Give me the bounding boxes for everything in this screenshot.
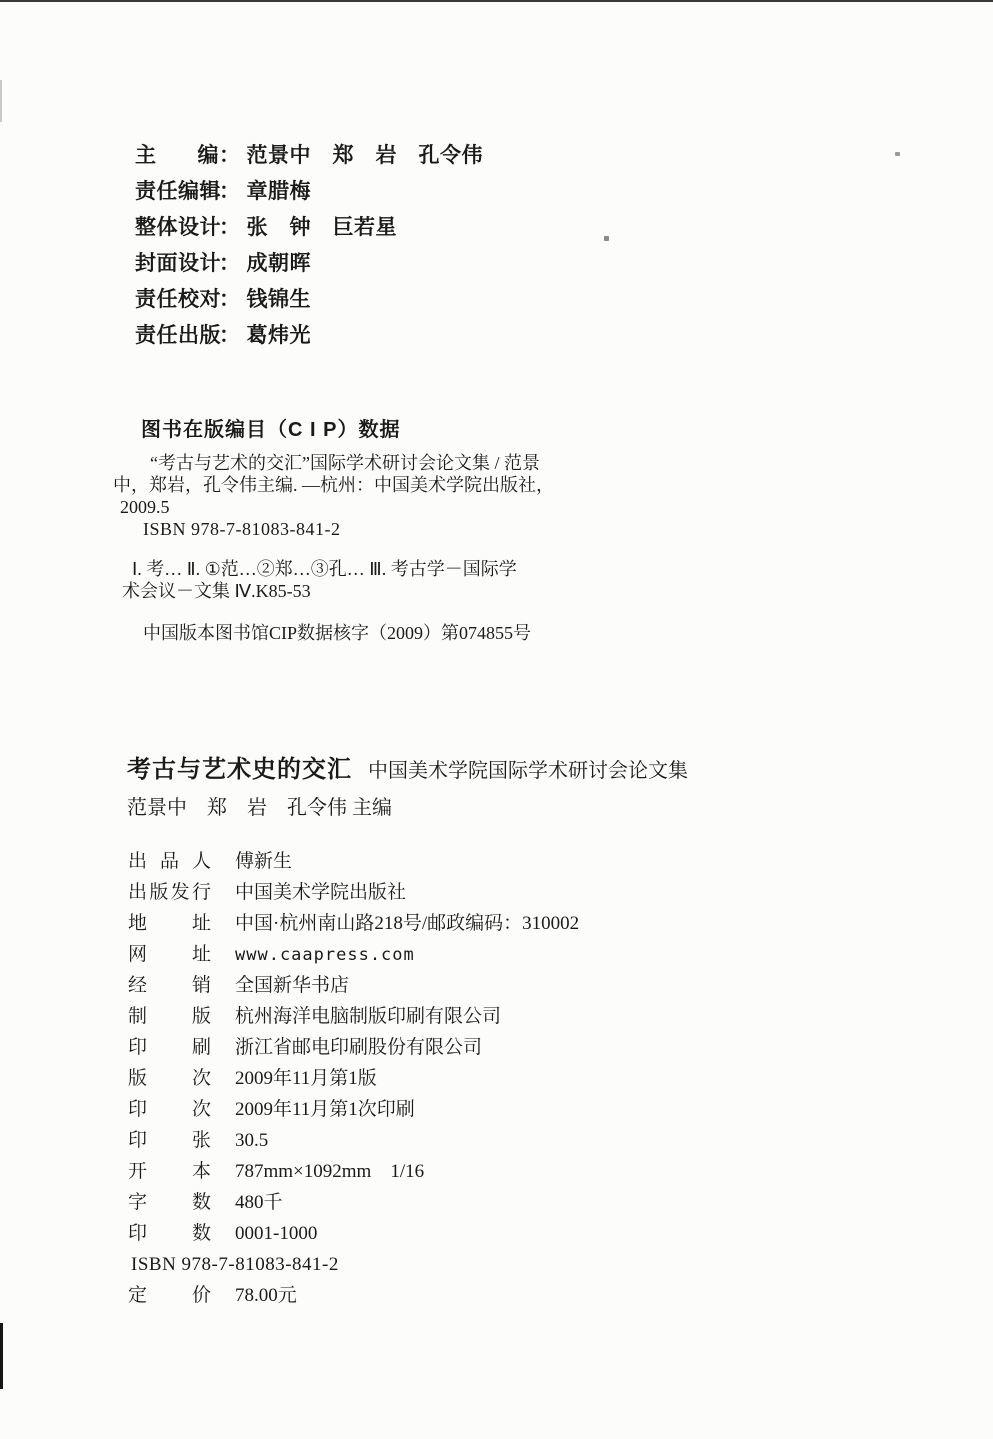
imprint-label: 印数 <box>128 1218 211 1249</box>
imprint-value: 全国新华书店 <box>235 975 349 996</box>
credit-colon: ： <box>219 210 241 246</box>
credit-row-cover-design: 封面设计：成朝晖 <box>135 246 483 282</box>
imprint-value: 浙江省邮电印刷股份有限公司 <box>235 1037 482 1058</box>
cip-class-line: 术会议－文集 Ⅳ.K85-53 <box>112 580 517 602</box>
imprint-row-producer: 出品人傅新生 <box>128 846 579 877</box>
imprint-row-distribution: 经销全国新华书店 <box>128 970 579 1001</box>
imprint-isbn-line: ISBN 978-7-81083-841-2 <box>128 1249 579 1280</box>
imprint-value: 30.5 <box>235 1130 268 1151</box>
imprint-label: 定价 <box>128 1280 211 1311</box>
imprint-label: 网址 <box>128 939 211 970</box>
imprint-value: 2009年11月第1版 <box>235 1068 377 1089</box>
cip-entry-paragraph: “考古与艺术的交汇”国际学术研讨会论文集 / 范景 中，郑岩，孔令伟主编. —杭… <box>113 452 554 540</box>
imprint-row-platemaking: 制版杭州海洋电脑制版印刷有限公司 <box>128 1001 579 1032</box>
imprint-value: 傅新生 <box>235 851 292 872</box>
book-title: 考古与艺术史的交汇 <box>127 756 352 783</box>
imprint-value: 0001-1000 <box>235 1223 317 1244</box>
authors-line: 范景中 郑 岩 孔令伟 主编 <box>127 791 392 820</box>
scan-speck <box>895 152 900 156</box>
imprint-value: 杭州海洋电脑制版印刷有限公司 <box>235 1006 501 1027</box>
imprint-value: 中国·杭州南山路218号/邮政编码：310002 <box>235 913 579 934</box>
credit-colon: ： <box>219 246 241 282</box>
imprint-label: 字数 <box>128 1187 211 1218</box>
credit-colon: ： <box>219 138 241 174</box>
imprint-row-sheets: 印张30.5 <box>128 1125 579 1156</box>
imprint-label: 出品人 <box>128 846 211 877</box>
credit-value: 成朝晖 <box>247 252 312 275</box>
credit-colon: ： <box>219 174 241 210</box>
credit-row-overall-design: 整体设计：张 钟 巨若星 <box>135 210 483 246</box>
imprint-label: 经销 <box>128 970 211 1001</box>
imprint-row-publisher: 出版发行中国美术学院出版社 <box>128 877 579 908</box>
imprint-row-website: 网址www.caapress.com <box>128 939 579 970</box>
scan-left-bar-artifact <box>0 1323 3 1389</box>
credit-row-chief-editor: 主编：范景中 郑 岩 孔令伟 <box>135 138 483 174</box>
imprint-value: 480千 <box>235 1192 283 1213</box>
cip-entry-line: 2009.5 <box>113 496 554 518</box>
credit-value: 范景中 郑 岩 孔令伟 <box>247 144 484 167</box>
imprint-block: 出品人傅新生 出版发行中国美术学院出版社 地址中国·杭州南山路218号/邮政编码… <box>128 846 579 1311</box>
cip-record-number: 中国版本图书馆CIP数据核字（2009）第074855号 <box>143 619 531 645</box>
book-colophon-page: 主编：范景中 郑 岩 孔令伟 责任编辑：章腊梅 整体设计：张 钟 巨若星 封面设… <box>0 0 993 1439</box>
credit-value: 葛炜光 <box>247 324 312 347</box>
imprint-row-print-quantity: 印数0001-1000 <box>128 1218 579 1249</box>
imprint-label: 出版发行 <box>128 877 211 908</box>
credit-colon: ： <box>219 318 241 354</box>
credit-value: 张 钟 巨若星 <box>247 216 398 239</box>
imprint-label: 印次 <box>128 1094 211 1125</box>
imprint-label: 开本 <box>128 1156 211 1187</box>
credit-label: 责任出版 <box>135 318 219 354</box>
imprint-label: 印张 <box>128 1125 211 1156</box>
imprint-row-edition: 版次2009年11月第1版 <box>128 1063 579 1094</box>
cip-class-line: Ⅰ. 考… Ⅱ. ①范…②郑…③孔… Ⅲ. 考古学－国际学 <box>112 558 517 580</box>
credit-label: 责任编辑 <box>135 174 219 210</box>
title-block: 考古与艺术史的交汇中国美术学院国际学术研讨会论文集 <box>127 749 688 784</box>
imprint-website-url: www.caapress.com <box>235 945 415 965</box>
cip-heading: 图书在版编目（C I P）数据 <box>141 413 400 442</box>
scan-left-sliver-artifact <box>0 80 2 122</box>
imprint-label: 地址 <box>128 908 211 939</box>
credit-label: 主编 <box>135 138 219 174</box>
credit-label: 整体设计 <box>135 210 219 246</box>
cip-isbn-line: ISBN 978-7-81083-841-2 <box>113 518 554 540</box>
imprint-row-word-count: 字数480千 <box>128 1187 579 1218</box>
credit-value: 钱锦生 <box>247 288 312 311</box>
credit-row-proofreader: 责任校对：钱锦生 <box>135 282 483 318</box>
imprint-value: 2009年11月第1次印刷 <box>235 1099 415 1120</box>
credit-row-responsible-editor: 责任编辑：章腊梅 <box>135 174 483 210</box>
imprint-row-price: 定价78.00元 <box>128 1280 579 1311</box>
imprint-label: 印刷 <box>128 1032 211 1063</box>
credit-colon: ： <box>219 282 241 318</box>
imprint-row-printing-company: 印刷浙江省邮电印刷股份有限公司 <box>128 1032 579 1063</box>
credit-label: 责任校对 <box>135 282 219 318</box>
imprint-label: 版次 <box>128 1063 211 1094</box>
credit-value: 章腊梅 <box>247 180 312 203</box>
scan-top-edge-artifact <box>0 0 993 2</box>
cip-classification: Ⅰ. 考… Ⅱ. ①范…②郑…③孔… Ⅲ. 考古学－国际学 术会议－文集 Ⅳ.K… <box>112 558 517 602</box>
imprint-row-address: 地址中国·杭州南山路218号/邮政编码：310002 <box>128 908 579 939</box>
credits-block: 主编：范景中 郑 岩 孔令伟 责任编辑：章腊梅 整体设计：张 钟 巨若星 封面设… <box>135 138 483 354</box>
cip-entry-line: 中，郑岩，孔令伟主编. —杭州：中国美术学院出版社， <box>113 474 554 496</box>
imprint-value: 78.00元 <box>235 1285 297 1306</box>
imprint-value: 中国美术学院出版社 <box>235 882 406 903</box>
imprint-row-format: 开本787mm×1092mm 1/16 <box>128 1156 579 1187</box>
cip-entry-line: “考古与艺术的交汇”国际学术研讨会论文集 / 范景 <box>113 452 554 474</box>
book-subtitle: 中国美术学院国际学术研讨会论文集 <box>368 760 688 782</box>
imprint-label: 制版 <box>128 1001 211 1032</box>
credit-row-responsible-publisher: 责任出版：葛炜光 <box>135 318 483 354</box>
imprint-row-printing-run: 印次2009年11月第1次印刷 <box>128 1094 579 1125</box>
credit-label: 封面设计 <box>135 246 219 282</box>
imprint-value: 787mm×1092mm 1/16 <box>235 1161 424 1182</box>
scan-speck <box>604 236 609 241</box>
